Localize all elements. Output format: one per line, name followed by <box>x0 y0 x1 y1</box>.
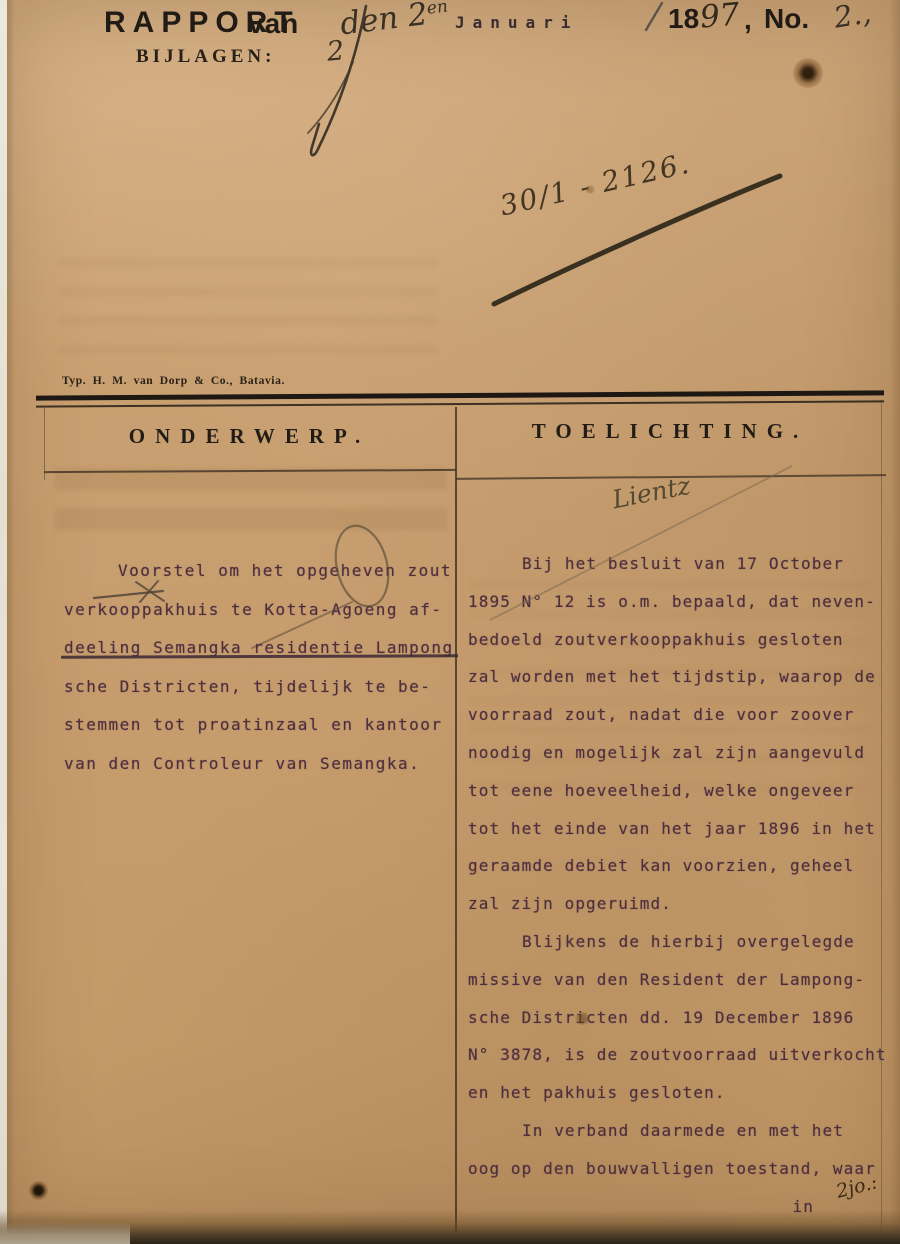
paper-bottom-edge <box>0 1210 900 1244</box>
paper-bottom-left-corner <box>0 1222 130 1244</box>
paper-left-edge <box>0 0 7 1244</box>
toelichting-line: missive van den Resident der Lampong- <box>468 961 892 999</box>
header-double-rule <box>36 390 884 407</box>
paper-left-edge-shadow <box>7 0 15 1244</box>
toelichting-line: In verband daarmede en met het <box>468 1112 892 1150</box>
toelichting-line: N° 3878, is de zoutvoorraad uitverkocht <box>468 1036 892 1074</box>
left-header-underline-rule <box>44 469 456 473</box>
onderwerp-text: Voorstel om het opgeheven zout verkooppa… <box>64 552 458 784</box>
onderwerp-line: deeling Semangka residentie Lampong <box>64 629 458 668</box>
column-title-toelichting: TOELICHTING. <box>456 419 884 444</box>
toelichting-line: Blijkens de hierbij overgelegde <box>468 923 892 961</box>
toelichting-line: en het pakhuis gesloten. <box>468 1074 892 1112</box>
bleedthrough-under-onderwerp <box>55 450 447 542</box>
rule-thin <box>36 401 884 408</box>
year-handwritten-suffix: 97 <box>699 0 741 36</box>
toelichting-line: zal zijn opgeruimd. <box>468 885 892 923</box>
onderwerp-line: verkooppakhuis te Kotta-Agoeng af- <box>64 591 458 630</box>
onderwerp-line: Voorstel om het opgeheven zout <box>64 552 458 591</box>
bijlagen-pen-flourish-2 <box>308 62 353 133</box>
handwritten-date-suffix: en <box>426 0 449 19</box>
year-printed-prefix: 18 <box>668 3 699 35</box>
handwritten-date: den 2en <box>338 0 450 42</box>
document-page: RAPPORT van den 2en Januari 18 97 , No. … <box>0 0 900 1244</box>
printer-imprint: Typ. H. M. van Dorp & Co., Batavia. <box>62 375 285 387</box>
burn-spot-top-right <box>793 58 823 88</box>
hole-bottom-left <box>29 1181 48 1200</box>
toelichting-line: 1895 N° 12 is o.m. bepaald, dat neven- <box>468 583 892 621</box>
report-title-connector: van <box>248 8 299 40</box>
bijlagen-value-handwritten: 2 <box>326 35 346 67</box>
onderwerp-line: van den Controleur van Semangka. <box>64 745 458 784</box>
toelichting-line: tot het einde van het jaar 1896 in het <box>468 810 892 848</box>
toelichting-text: Bij het besluit van 17 October 1895 N° 1… <box>468 545 892 1225</box>
toelichting-line: Bij het besluit van 17 October <box>468 545 892 583</box>
typed-month: Januari <box>455 13 578 32</box>
bijlagen-label: BIJLAGEN: <box>136 46 275 68</box>
toelichting-line: noodig en mogelijk zal zijn aangevuld <box>468 734 892 772</box>
toelichting-line: geraamde debiet kan voorzien, geheel <box>468 847 892 885</box>
number-handwritten: 2., <box>832 0 874 35</box>
rule-thick <box>36 390 884 400</box>
toelichting-line: oog op den bouwvalligen toestand, waar <box>468 1150 892 1188</box>
toelichting-line: zal worden met het tijdstip, waarop de <box>468 658 892 696</box>
number-label: No. <box>764 3 809 35</box>
bleedthrough-upper-left <box>58 238 438 363</box>
toelichting-line: voorraad zout, nadat die voor zoover <box>468 696 892 734</box>
toelichting-line: bedoeld zoutverkooppakhuis gesloten <box>468 621 892 659</box>
column-divider-line <box>455 407 457 1244</box>
paper-right-edge <box>890 0 900 1244</box>
column-title-onderwerp: ONDERWERP. <box>44 424 455 449</box>
handwritten-filing-note: 30/1 - 2126. <box>497 147 694 223</box>
handwritten-date-day: den 2 <box>338 0 429 42</box>
header-comma: , <box>744 4 752 36</box>
toelichting-line: tot eene hoeveelheid, welke ongeveer <box>468 772 892 810</box>
toelichting-line: sche Districten dd. 19 December 1896 <box>468 999 892 1037</box>
onderwerp-line: stemmen tot proatinzaal en kantoor <box>64 706 458 745</box>
header-pen-slash <box>646 3 662 30</box>
onderwerp-line: sche Districten, tijdelijk te be- <box>64 668 458 707</box>
